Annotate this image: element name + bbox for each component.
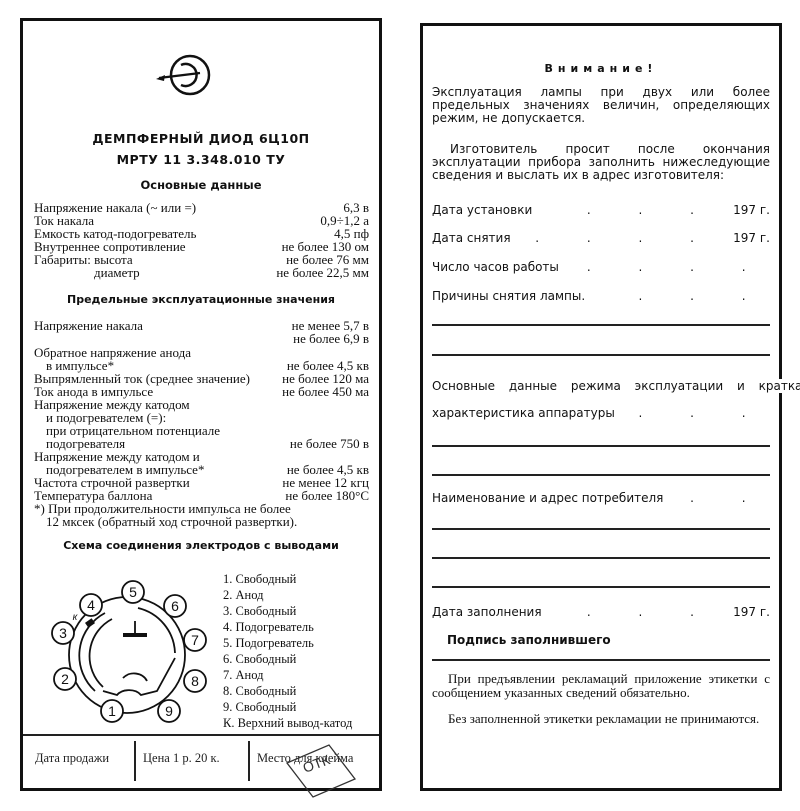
spec-value: не более 450 ма bbox=[282, 385, 369, 398]
pin-item: 9. Свободный bbox=[223, 699, 352, 715]
sale-date-field[interactable]: Дата продажи bbox=[35, 751, 109, 766]
pin-list: 1. Свободный 2. Анод 3. Свободный 4. Под… bbox=[223, 571, 352, 731]
spec-row: диаметрне более 22,5 мм bbox=[34, 266, 369, 279]
pin-item: 7. Анод bbox=[223, 667, 352, 683]
otk-stamp-icon: ОТК bbox=[285, 743, 357, 799]
pin-item: 4. Подогреватель bbox=[223, 619, 352, 635]
year-suffix: 197 г. bbox=[727, 203, 770, 217]
fill-line[interactable] bbox=[432, 557, 770, 559]
pin-item: 6. Свободный bbox=[223, 651, 352, 667]
price-label: Цена 1 р. 20 к. bbox=[143, 751, 220, 766]
svg-text:5: 5 bbox=[129, 584, 137, 600]
fill-line[interactable] bbox=[432, 528, 770, 530]
basic-data-heading: Основные данные bbox=[23, 178, 379, 192]
fill-line[interactable] bbox=[432, 354, 770, 356]
fill-line[interactable] bbox=[432, 445, 770, 447]
field-label: характеристика аппаратуры bbox=[432, 406, 621, 420]
pin-item: 2. Анод bbox=[223, 587, 352, 603]
spec-value: не более 180°С bbox=[285, 489, 369, 502]
pin-item: 3. Свободный bbox=[223, 603, 352, 619]
spec-value: не более 6,9 в bbox=[293, 332, 369, 345]
footnote-text: 12 мксек (обратный ход строчной развертк… bbox=[46, 515, 297, 528]
svg-text:2: 2 bbox=[61, 671, 69, 687]
product-standard: МРТУ 11 3.348.010 ТУ bbox=[23, 152, 379, 167]
spec-label: Напряжение накала bbox=[34, 319, 143, 332]
product-title: ДЕМПФЕРНЫЙ ДИОД 6Ц10П bbox=[23, 131, 379, 146]
svg-text:4: 4 bbox=[87, 597, 95, 613]
fill-date-field[interactable]: . . . . . . . . Дата заполнения 197 г. bbox=[432, 605, 770, 621]
fill-line[interactable] bbox=[432, 586, 770, 588]
field-label: Наименование и адрес потребителя bbox=[432, 491, 669, 505]
field-label: Число часов работы bbox=[432, 260, 565, 274]
signature-label: Подпись заполнившего bbox=[447, 633, 770, 649]
electron-tube-logo-icon bbox=[153, 51, 213, 101]
footer-separator bbox=[248, 741, 250, 781]
request-text: Изготовитель просит после окончания эксп… bbox=[432, 143, 770, 182]
footer-divider bbox=[23, 734, 379, 736]
product-label-panel: ДЕМПФЕРНЫЙ ДИОД 6Ц10П МРТУ 11 3.348.010 … bbox=[20, 18, 382, 791]
footnote: 12 мксек (обратный ход строчной развертк… bbox=[34, 515, 369, 528]
install-date-field[interactable]: . . . . . . . . Дата установки 197 г. bbox=[432, 203, 770, 219]
removal-date-field[interactable]: . . . . . . . . Дата снятия 197 г. bbox=[432, 231, 770, 247]
svg-text:3: 3 bbox=[59, 625, 67, 641]
signature-line[interactable] bbox=[432, 659, 770, 661]
pin-diagram-icon: 123 456 789 к bbox=[35, 573, 215, 733]
claims-note: При предъявлении рекламаций приложение э… bbox=[432, 672, 770, 700]
svg-text:9: 9 bbox=[165, 703, 173, 719]
fill-line[interactable] bbox=[432, 474, 770, 476]
footer-separator bbox=[134, 741, 136, 781]
spec-label: диаметр bbox=[94, 266, 140, 279]
pin-item: 8. Свободный bbox=[223, 683, 352, 699]
spec-value: не более 22,5 мм bbox=[276, 266, 369, 279]
spec-value: не более 750 в bbox=[290, 437, 369, 450]
removal-reason-field[interactable]: . . . . . . . . Причины снятия лампы. bbox=[432, 289, 770, 305]
svg-text:1: 1 bbox=[108, 703, 116, 719]
operating-hours-field[interactable]: . . . . . . . . Число часов работы bbox=[432, 260, 770, 276]
mode-label: Основные данные режима эксплуатации и кр… bbox=[432, 379, 770, 395]
year-suffix: 197 г. bbox=[727, 605, 770, 619]
field-label: Дата снятия bbox=[432, 231, 517, 245]
pin-item: 1. Свободный bbox=[223, 571, 352, 587]
pin-item: К. Верхний вывод-катод bbox=[223, 715, 352, 731]
scheme-heading: Схема соединения электродов с выводами bbox=[23, 539, 379, 552]
attention-heading: Внимание! bbox=[423, 62, 779, 75]
spec-row: не более 6,9 в bbox=[34, 332, 369, 345]
svg-text:к: к bbox=[73, 612, 79, 623]
fill-line[interactable] bbox=[432, 324, 770, 326]
field-label: Дата установки bbox=[432, 203, 538, 217]
field-label: Дата заполнения bbox=[432, 605, 548, 619]
svg-text:8: 8 bbox=[191, 673, 199, 689]
pin-item: 5. Подогреватель bbox=[223, 635, 352, 651]
field-label: Причины снятия лампы. bbox=[432, 289, 591, 303]
limits-heading: Предельные эксплуатационные значения bbox=[23, 293, 379, 306]
year-suffix: 197 г. bbox=[727, 231, 770, 245]
no-label-note: Без заполненной этикетки рекламации не п… bbox=[432, 712, 770, 726]
feedback-form-panel: Внимание! Эксплуатация лампы при двух ил… bbox=[420, 23, 782, 791]
svg-text:7: 7 bbox=[191, 632, 199, 648]
consumer-field[interactable]: . . . . . . . . Наименование и адрес пот… bbox=[432, 491, 770, 507]
equipment-field[interactable]: . . . . . . . . характеристика аппаратур… bbox=[432, 406, 770, 422]
warning-text: Эксплуатация лампы при двух или более пр… bbox=[432, 86, 770, 125]
svg-text:6: 6 bbox=[171, 598, 179, 614]
